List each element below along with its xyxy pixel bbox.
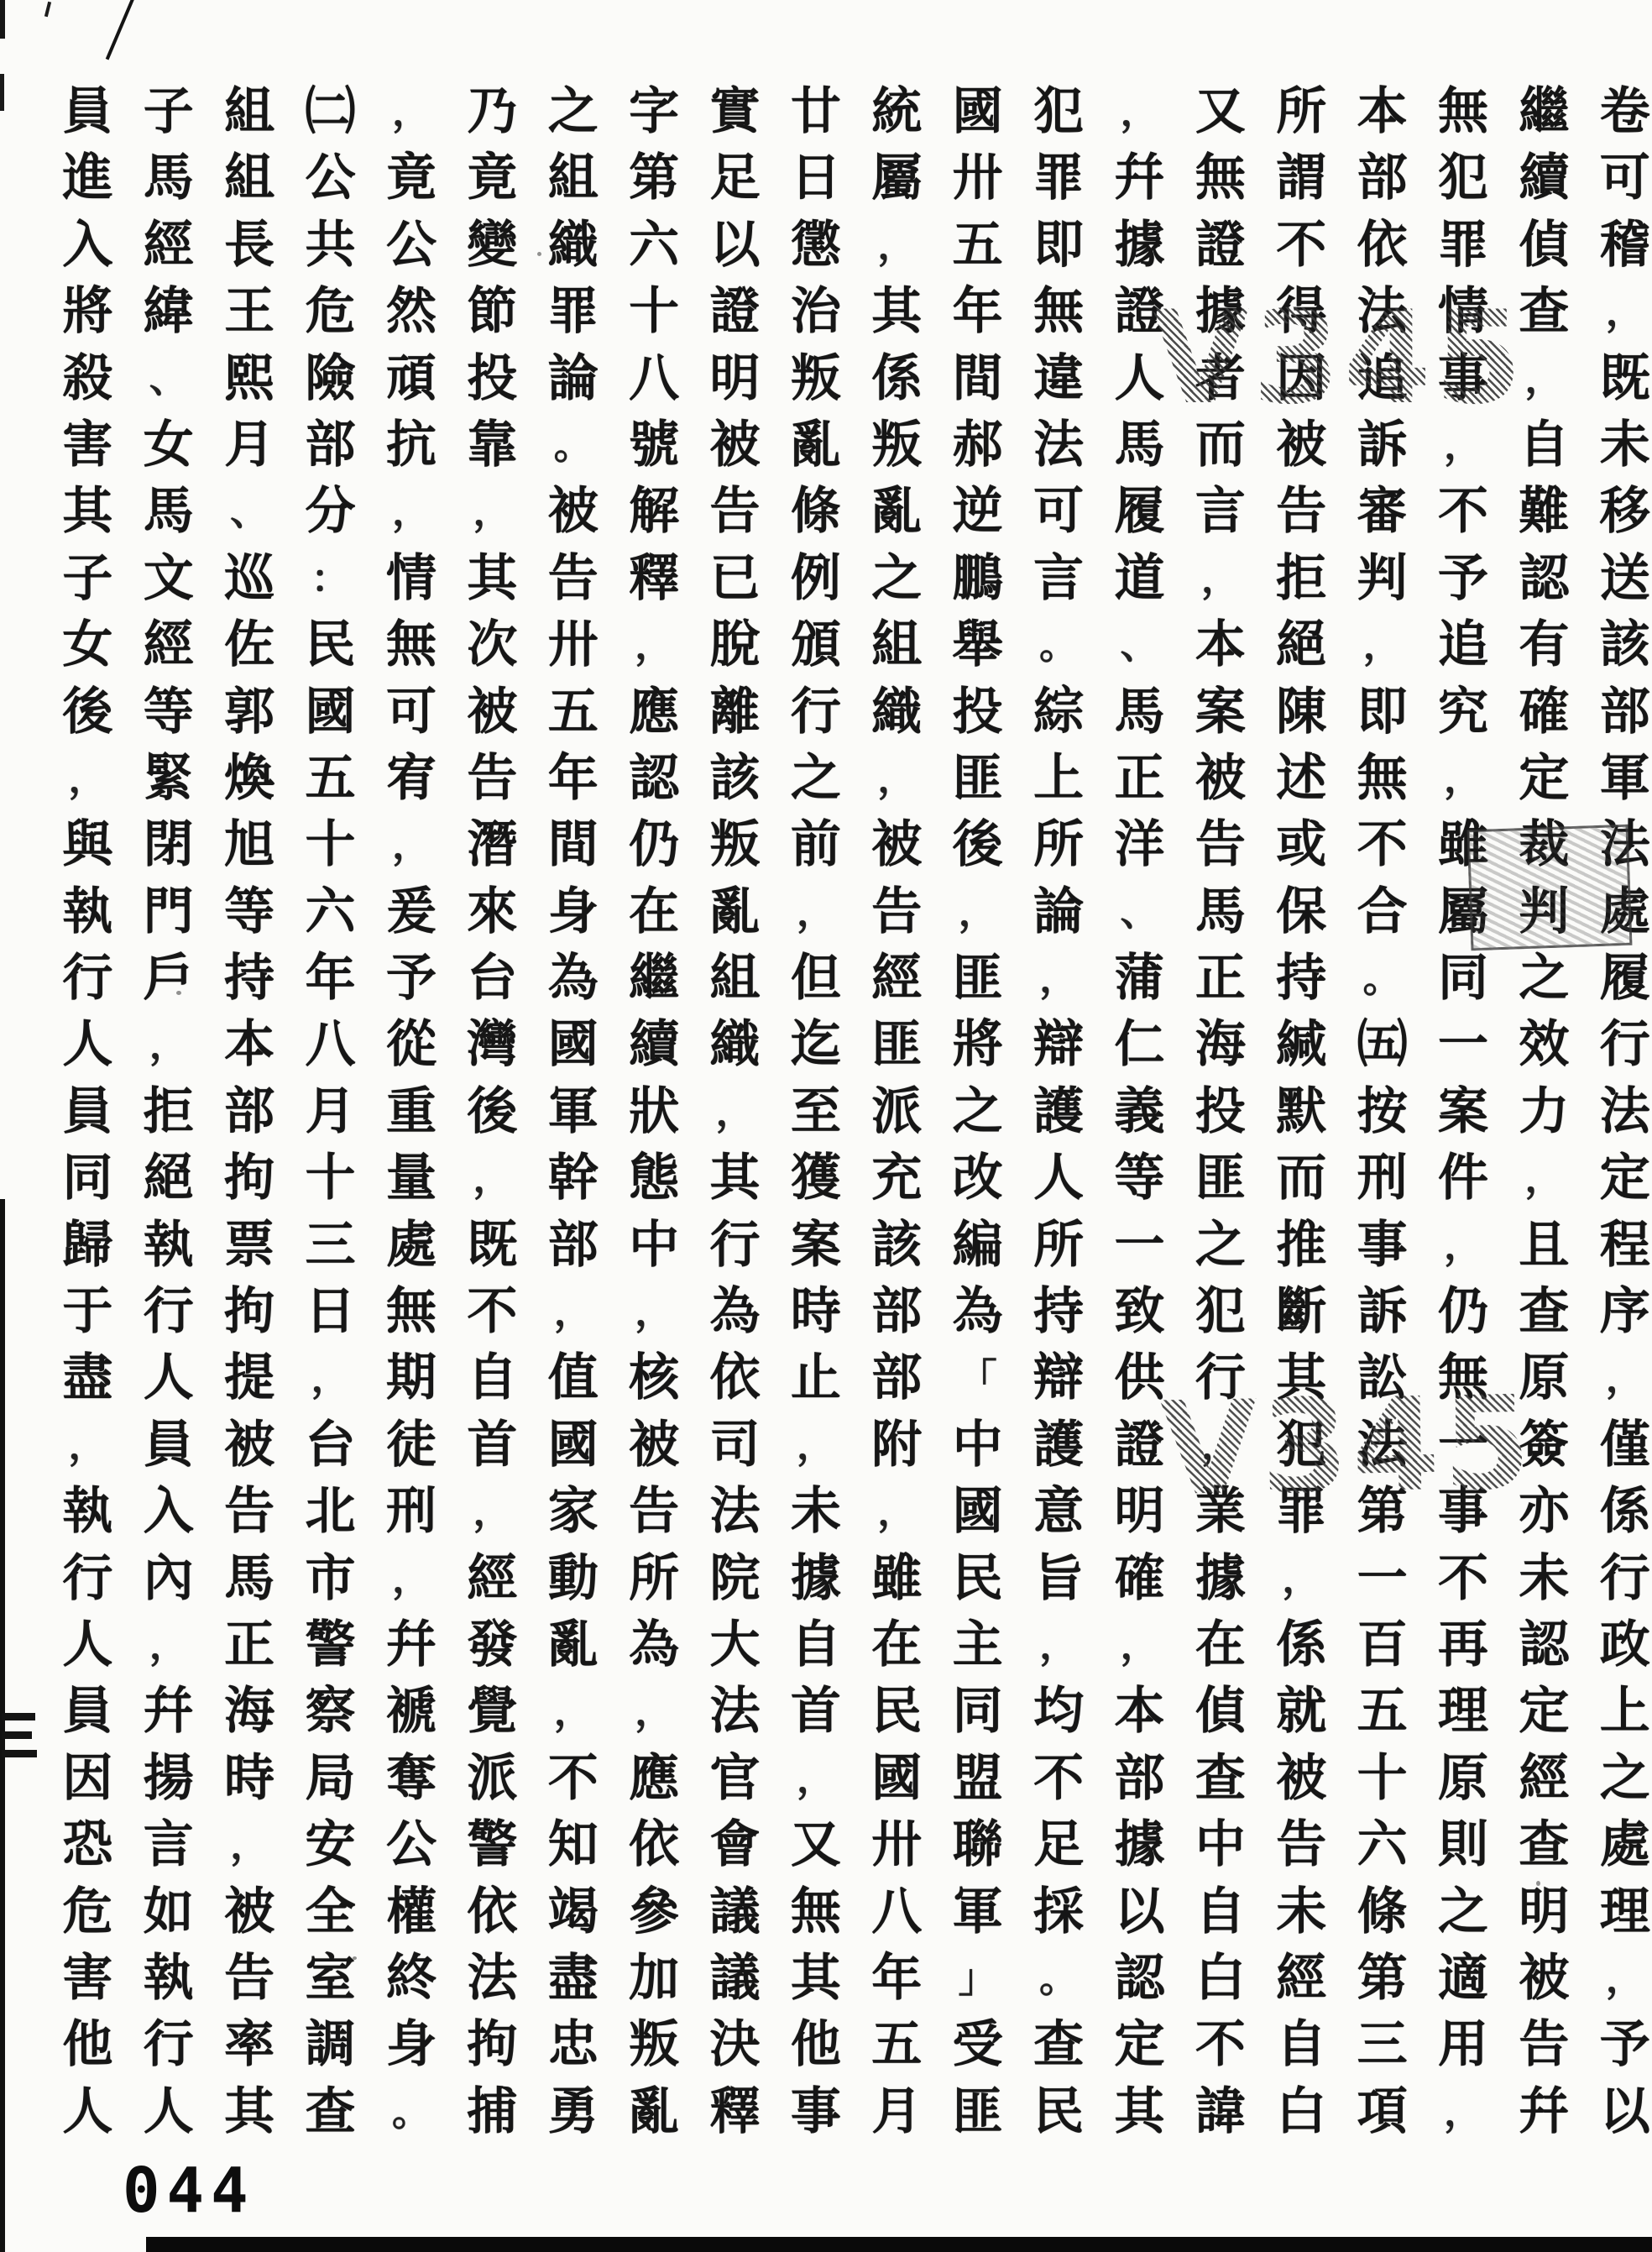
char-cell: 行 xyxy=(47,1546,128,1612)
char-cell: 年 xyxy=(533,746,614,812)
char-cell: 人 xyxy=(47,2079,128,2145)
char-cell: 北 xyxy=(290,1479,370,1545)
char-cell: 偵 xyxy=(1503,212,1584,279)
char-cell: 身 xyxy=(533,879,614,945)
char-cell: 經 xyxy=(856,945,937,1012)
char-cell: 言 xyxy=(1018,546,1099,612)
char-cell: ， xyxy=(47,746,128,812)
char-cell: 幷 xyxy=(1099,145,1179,212)
text-column-16: ，竟公然頑抗，情無可宥，爰予從重量處無期徒刑，幷褫奪公權終身。 xyxy=(371,79,452,2146)
char-cell: 第 xyxy=(614,145,694,212)
char-cell: 案 xyxy=(1423,1079,1503,1145)
char-cell: 被 xyxy=(209,1412,290,1479)
char-cell: 至 xyxy=(776,1079,856,1145)
char-cell: 頒 xyxy=(776,612,856,678)
char-cell: 軍 xyxy=(533,1079,614,1145)
char-cell: 中 xyxy=(1180,1812,1261,1878)
char-cell: 統 xyxy=(856,79,937,145)
char-cell: 舉 xyxy=(937,612,1017,678)
char-cell: 危 xyxy=(290,279,370,345)
char-cell: 部 xyxy=(1099,1746,1179,1812)
char-cell: 十 xyxy=(614,279,694,345)
char-cell: 且 xyxy=(1503,1212,1584,1279)
char-cell: 歸 xyxy=(47,1212,128,1279)
char-cell: 恐 xyxy=(47,1812,128,1878)
char-cell: 後 xyxy=(452,1079,532,1145)
char-cell: ， xyxy=(1261,1546,1341,1612)
char-cell: 自 xyxy=(776,1612,856,1679)
char-cell: 則 xyxy=(1423,1812,1503,1878)
char-cell: 予 xyxy=(1423,546,1503,612)
char-cell: 告 xyxy=(1503,2012,1584,2078)
char-cell: 言 xyxy=(128,1812,209,1878)
char-cell: 部 xyxy=(290,412,370,479)
char-cell: 效 xyxy=(1503,1012,1584,1078)
char-cell: 自 xyxy=(452,1345,532,1411)
char-cell: 違 xyxy=(1018,346,1099,412)
char-cell: 護 xyxy=(1018,1079,1099,1145)
char-cell: 行 xyxy=(1585,1546,1652,1612)
v345-stamp-lower: V345 xyxy=(1159,1380,1535,1515)
char-cell: 議 xyxy=(694,1879,775,1946)
char-cell: 告 xyxy=(209,1479,290,1545)
char-cell: 終 xyxy=(371,1946,452,2012)
char-cell: 確 xyxy=(1099,1546,1179,1612)
char-cell: 訴 xyxy=(1341,1279,1422,1345)
char-cell: ， xyxy=(371,1546,452,1612)
char-cell: 證 xyxy=(694,279,775,345)
char-cell: 抗 xyxy=(371,412,452,479)
char-cell: 無 xyxy=(1018,279,1099,345)
char-cell: 究 xyxy=(1423,679,1503,746)
char-cell: 定 xyxy=(1503,746,1584,812)
char-cell: 充 xyxy=(856,1145,937,1212)
char-cell: 狀 xyxy=(614,1079,694,1145)
char-cell: 法 xyxy=(694,1479,775,1545)
char-cell: 本 xyxy=(1341,79,1422,145)
char-cell: 為 xyxy=(937,1279,1017,1345)
char-cell: 十 xyxy=(290,812,370,878)
char-cell: 逆 xyxy=(937,479,1017,545)
char-cell: 蒲 xyxy=(1099,945,1179,1012)
char-cell: 犯 xyxy=(1423,145,1503,212)
char-cell: ， xyxy=(1585,279,1652,345)
text-column-17: ㈡公共危險部分：民國五十六年八月十三日，台北市警察局安全室調查 xyxy=(290,79,370,2146)
char-cell: ： xyxy=(290,546,370,612)
char-cell: 本 xyxy=(209,1012,290,1078)
char-cell: 移 xyxy=(1585,479,1652,545)
char-cell: 係 xyxy=(1585,1479,1652,1545)
char-cell: 在 xyxy=(614,879,694,945)
char-cell: 年 xyxy=(856,1946,937,2012)
text-column-9: 國卅五年間郝逆鵬舉投匪後，匪將之改編為「中國民主同盟聯軍」受匪 xyxy=(937,79,1017,2146)
char-cell: ， xyxy=(1585,1946,1652,2012)
char-cell: 中 xyxy=(614,1212,694,1279)
char-cell: 拘 xyxy=(209,1279,290,1345)
char-cell: 等 xyxy=(1099,1145,1179,1212)
char-cell: 其 xyxy=(694,1145,775,1212)
char-cell: 馬 xyxy=(128,479,209,545)
char-cell: 附 xyxy=(856,1412,937,1479)
char-cell: 部 xyxy=(856,1279,937,1345)
char-cell: 係 xyxy=(856,346,937,412)
char-cell: 台 xyxy=(452,945,532,1012)
text-column-14: 之組織罪論。被告卅五年間身為國軍幹部，值國家動亂，不知竭盡忠勇 xyxy=(533,79,614,2146)
char-cell: 例 xyxy=(776,546,856,612)
char-cell: 被 xyxy=(1261,1746,1341,1812)
char-cell: 警 xyxy=(452,1812,532,1878)
char-cell: 據 xyxy=(776,1546,856,1612)
char-cell: 法 xyxy=(694,1679,775,1745)
char-cell: 正 xyxy=(1180,945,1261,1012)
char-cell: 足 xyxy=(694,145,775,212)
char-cell: 綜 xyxy=(1018,679,1099,746)
char-cell: 加 xyxy=(614,1946,694,2012)
char-cell: 局 xyxy=(290,1746,370,1812)
char-cell: 家 xyxy=(533,1479,614,1545)
char-cell: 行 xyxy=(128,2012,209,2078)
char-cell: 告 xyxy=(452,746,532,812)
char-cell: ， xyxy=(776,1746,856,1812)
char-cell: 旭 xyxy=(209,812,290,878)
text-column-18: 組組長王熙月、巡佐郭煥旭等持本部拘票拘提被告馬正海時，被告率其 xyxy=(209,79,290,2146)
char-cell: 叛 xyxy=(776,346,856,412)
char-cell: 未 xyxy=(776,1479,856,1545)
scan-speck xyxy=(1536,1881,1540,1886)
char-cell: 幹 xyxy=(533,1145,614,1212)
char-cell: 治 xyxy=(776,279,856,345)
char-cell: 亂 xyxy=(614,2079,694,2145)
char-cell: 述 xyxy=(1261,746,1341,812)
char-cell: 派 xyxy=(856,1079,937,1145)
char-cell: 正 xyxy=(209,1612,290,1679)
char-cell: ， xyxy=(1423,2079,1503,2145)
char-cell: ， xyxy=(776,879,856,945)
char-cell: 經 xyxy=(1503,1746,1584,1812)
scanned-judgment-page: { "page": { "number_label": "044", "marg… xyxy=(0,0,1652,2252)
char-cell: 緊 xyxy=(128,746,209,812)
char-cell: 之 xyxy=(1180,1212,1261,1279)
scan-edge-bottom-bar xyxy=(146,2237,1652,2252)
char-cell: 拒 xyxy=(1261,546,1341,612)
char-cell: 巡 xyxy=(209,546,290,612)
char-cell: 行 xyxy=(776,679,856,746)
char-cell: ， xyxy=(1018,945,1099,1012)
char-cell: 未 xyxy=(1503,1546,1584,1612)
char-cell: 郝 xyxy=(937,412,1017,479)
char-cell: 部 xyxy=(856,1345,937,1411)
text-column-12: 實足以證明被告已脫離該叛亂組織，其行為依司法院大法官會議議決釋 xyxy=(694,79,775,2146)
char-cell: 不 xyxy=(1018,1746,1099,1812)
char-cell: 不 xyxy=(452,1279,532,1345)
char-cell: 匪 xyxy=(937,2079,1017,2145)
char-cell: 仍 xyxy=(614,812,694,878)
char-cell: 被 xyxy=(1180,746,1261,812)
char-cell: 所 xyxy=(1261,79,1341,145)
text-column-1: 卷可稽，既未移送該部軍法處履行法定程序，僅係行政上之處理，予以 xyxy=(1585,79,1652,2146)
char-cell: 為 xyxy=(614,1612,694,1679)
char-cell: 叛 xyxy=(856,412,937,479)
char-cell: 理 xyxy=(1585,1879,1652,1946)
char-cell: 刑 xyxy=(371,1479,452,1545)
char-cell: ， xyxy=(856,212,937,279)
char-cell: 卷 xyxy=(1585,79,1652,145)
char-cell: 難 xyxy=(1503,479,1584,545)
text-column-19: 子馬經緯、女馬文經等緊閉門戶，拒絕執行人員入內，幷揚言如執行人 xyxy=(128,79,209,2146)
char-cell: 義 xyxy=(1099,1079,1179,1145)
char-cell: 拘 xyxy=(209,1145,290,1212)
char-cell: 院 xyxy=(694,1546,775,1612)
char-cell: 從 xyxy=(371,1012,452,1078)
char-cell: 織 xyxy=(533,212,614,279)
scan-edge-left-dash-2 xyxy=(0,74,4,111)
char-cell: 係 xyxy=(1261,1612,1341,1679)
char-cell: 同 xyxy=(47,1145,128,1212)
char-cell: 其 xyxy=(452,546,532,612)
char-cell: 辯 xyxy=(1018,1012,1099,1078)
char-cell: 匪 xyxy=(1180,1145,1261,1212)
char-cell: 八 xyxy=(614,346,694,412)
char-cell: 灣 xyxy=(452,1012,532,1078)
char-cell: 佐 xyxy=(209,612,290,678)
char-cell: 害 xyxy=(47,412,128,479)
char-cell: 首 xyxy=(776,1679,856,1745)
char-cell: 派 xyxy=(452,1746,532,1812)
char-cell: ， xyxy=(1423,746,1503,812)
char-cell: 忠 xyxy=(533,2012,614,2078)
char-cell: 發 xyxy=(452,1612,532,1679)
char-cell: 即 xyxy=(1341,679,1422,746)
char-cell: 宥 xyxy=(371,746,452,812)
char-cell: 適 xyxy=(1423,1946,1503,2012)
char-cell: 拒 xyxy=(128,1079,209,1145)
char-cell: 同 xyxy=(1423,945,1503,1012)
char-cell: 在 xyxy=(1180,1612,1261,1679)
char-cell: 應 xyxy=(614,1746,694,1812)
char-cell: 匪 xyxy=(856,1012,937,1078)
char-cell: 認 xyxy=(614,746,694,812)
char-cell: 再 xyxy=(1423,1612,1503,1679)
char-cell: 險 xyxy=(290,346,370,412)
char-cell: 洋 xyxy=(1099,812,1179,878)
char-cell: 會 xyxy=(694,1812,775,1878)
char-cell: 後 xyxy=(47,679,128,746)
char-cell: 告 xyxy=(1180,812,1261,878)
char-cell: 叛 xyxy=(694,812,775,878)
char-cell: 參 xyxy=(614,1879,694,1946)
char-cell: 處 xyxy=(1585,1812,1652,1878)
char-cell: 員 xyxy=(128,1412,209,1479)
char-cell: 旨 xyxy=(1018,1546,1099,1612)
char-cell: 市 xyxy=(290,1546,370,1612)
char-cell: 又 xyxy=(776,1812,856,1878)
char-cell: ㈡ xyxy=(290,79,370,145)
char-cell: 號 xyxy=(614,412,694,479)
char-cell: 可 xyxy=(371,679,452,746)
char-cell: ， xyxy=(1099,79,1179,145)
char-cell: 共 xyxy=(290,212,370,279)
char-cell: 權 xyxy=(371,1879,452,1946)
char-cell: 持 xyxy=(209,945,290,1012)
char-cell: ， xyxy=(452,479,532,545)
char-cell: 三 xyxy=(290,1212,370,1279)
char-cell: 投 xyxy=(452,346,532,412)
char-cell: 王 xyxy=(209,279,290,345)
char-cell: 該 xyxy=(856,1212,937,1279)
char-cell: 年 xyxy=(290,945,370,1012)
char-cell: 女 xyxy=(47,612,128,678)
char-cell: 進 xyxy=(47,145,128,212)
char-cell: 決 xyxy=(694,2012,775,2078)
char-cell: 緯 xyxy=(128,279,209,345)
char-cell: 乃 xyxy=(452,79,532,145)
char-cell: 因 xyxy=(47,1746,128,1812)
char-cell: ， xyxy=(47,1412,128,1479)
char-cell: 予 xyxy=(371,945,452,1012)
char-cell: 盡 xyxy=(533,1946,614,2012)
char-cell: 持 xyxy=(1261,945,1341,1012)
char-cell: 海 xyxy=(209,1679,290,1745)
char-cell: 國 xyxy=(856,1746,937,1812)
char-cell: 續 xyxy=(614,1012,694,1078)
char-cell: 之 xyxy=(937,1079,1017,1145)
char-cell: 不 xyxy=(1180,2012,1261,2078)
char-cell: 、 xyxy=(1099,879,1179,945)
char-cell: 亂 xyxy=(533,1612,614,1679)
char-cell: 據 xyxy=(1099,1812,1179,1878)
char-cell: 入 xyxy=(128,1479,209,1545)
char-cell: 爰 xyxy=(371,879,452,945)
char-cell: 定 xyxy=(1503,1679,1584,1745)
char-cell: 人 xyxy=(47,1012,128,1078)
char-cell: 員 xyxy=(47,1679,128,1745)
char-cell: 六 xyxy=(1341,1812,1422,1878)
char-cell: 覺 xyxy=(452,1679,532,1745)
char-cell: 靠 xyxy=(452,412,532,479)
char-cell: 以 xyxy=(1585,2079,1652,2145)
scan-edge-left-dash-1 xyxy=(0,0,5,39)
char-cell: 其 xyxy=(856,279,937,345)
char-cell: 為 xyxy=(694,1279,775,1345)
char-cell: 其 xyxy=(776,1946,856,2012)
char-cell: 無 xyxy=(371,1279,452,1345)
char-cell: 等 xyxy=(209,879,290,945)
char-cell: 六 xyxy=(290,879,370,945)
char-cell: 等 xyxy=(128,679,209,746)
char-cell: 與 xyxy=(47,812,128,878)
char-cell: ， xyxy=(1018,1612,1099,1679)
char-cell: 行 xyxy=(694,1212,775,1279)
char-cell: 予 xyxy=(1585,2012,1652,2078)
char-cell: 國 xyxy=(937,79,1017,145)
char-cell: ， xyxy=(1341,612,1422,678)
scan-speck xyxy=(176,991,181,995)
char-cell: 執 xyxy=(128,1212,209,1279)
char-cell: 鵬 xyxy=(937,546,1017,612)
char-cell: 謂 xyxy=(1261,145,1341,212)
char-cell: 馬 xyxy=(209,1546,290,1612)
text-column-13: 字第六十八號解釋，應認仍在繼續狀態中，核被告所為，應依參加叛亂 xyxy=(614,79,694,2146)
char-cell: 上 xyxy=(1585,1679,1652,1745)
char-cell: 認 xyxy=(1503,1612,1584,1679)
char-cell: 告 xyxy=(209,1946,290,2012)
char-cell: 之 xyxy=(533,79,614,145)
char-cell: 年 xyxy=(937,279,1017,345)
char-cell: 子 xyxy=(128,79,209,145)
char-cell: 審 xyxy=(1341,479,1422,545)
char-cell: 依 xyxy=(1341,212,1422,279)
char-cell: 被 xyxy=(209,1879,290,1946)
char-cell: 情 xyxy=(371,546,452,612)
char-cell: 理 xyxy=(1423,1679,1503,1745)
char-cell: 查 xyxy=(1503,1279,1584,1345)
char-cell: 時 xyxy=(776,1279,856,1345)
char-cell: 同 xyxy=(937,1679,1017,1745)
char-cell: 而 xyxy=(1261,1145,1341,1212)
char-cell: 竟 xyxy=(452,145,532,212)
char-cell: 察 xyxy=(290,1679,370,1745)
char-cell: 十 xyxy=(290,1145,370,1212)
char-cell: 奪 xyxy=(371,1746,452,1812)
char-cell: 人 xyxy=(128,1345,209,1411)
char-cell: 內 xyxy=(128,1546,209,1612)
char-cell: 被 xyxy=(452,679,532,746)
char-cell: ， xyxy=(452,1479,532,1545)
char-cell: 言 xyxy=(1180,479,1261,545)
char-cell: 仁 xyxy=(1099,1012,1179,1078)
char-cell: ， xyxy=(1180,546,1261,612)
char-cell: 。 xyxy=(1018,612,1099,678)
char-cell: 合 xyxy=(1341,879,1422,945)
char-cell: 序 xyxy=(1585,1279,1652,1345)
char-cell: 于 xyxy=(47,1279,128,1345)
char-cell: 定 xyxy=(1585,1145,1652,1212)
char-cell: 徒 xyxy=(371,1412,452,1479)
char-cell: 全 xyxy=(290,1879,370,1946)
char-cell: 量 xyxy=(371,1145,452,1212)
margin-mark-stroke-1 xyxy=(2,1713,35,1720)
char-cell: 後 xyxy=(937,812,1017,878)
char-cell: 正 xyxy=(1099,746,1179,812)
char-cell: 解 xyxy=(614,479,694,545)
corner-slash-mark xyxy=(106,0,137,60)
char-cell: ， xyxy=(128,1612,209,1679)
char-cell: 自 xyxy=(1180,1879,1261,1946)
char-cell: 經 xyxy=(128,212,209,279)
char-cell: 民 xyxy=(1018,2079,1099,2145)
char-cell: 之 xyxy=(1585,1746,1652,1812)
char-cell: 未 xyxy=(1585,412,1652,479)
scan-edge-left-line xyxy=(0,1199,5,2252)
char-cell: 已 xyxy=(694,546,775,612)
char-cell: 陳 xyxy=(1261,679,1341,746)
char-cell: 受 xyxy=(937,2012,1017,2078)
char-cell: 不 xyxy=(533,1746,614,1812)
char-cell: 執 xyxy=(128,1946,209,2012)
char-cell: 女 xyxy=(128,412,209,479)
char-cell: 被 xyxy=(694,412,775,479)
char-cell: 聯 xyxy=(937,1812,1017,1878)
char-cell: 力 xyxy=(1503,1079,1584,1145)
char-cell: 日 xyxy=(290,1279,370,1345)
scan-speck xyxy=(537,252,541,256)
char-cell: ， xyxy=(776,1412,856,1479)
char-cell: 明 xyxy=(1503,1879,1584,1946)
char-cell: 潛 xyxy=(452,812,532,878)
char-cell: 足 xyxy=(1018,1812,1099,1878)
char-cell: 或 xyxy=(1261,812,1341,878)
char-cell: 偵 xyxy=(1180,1679,1261,1745)
